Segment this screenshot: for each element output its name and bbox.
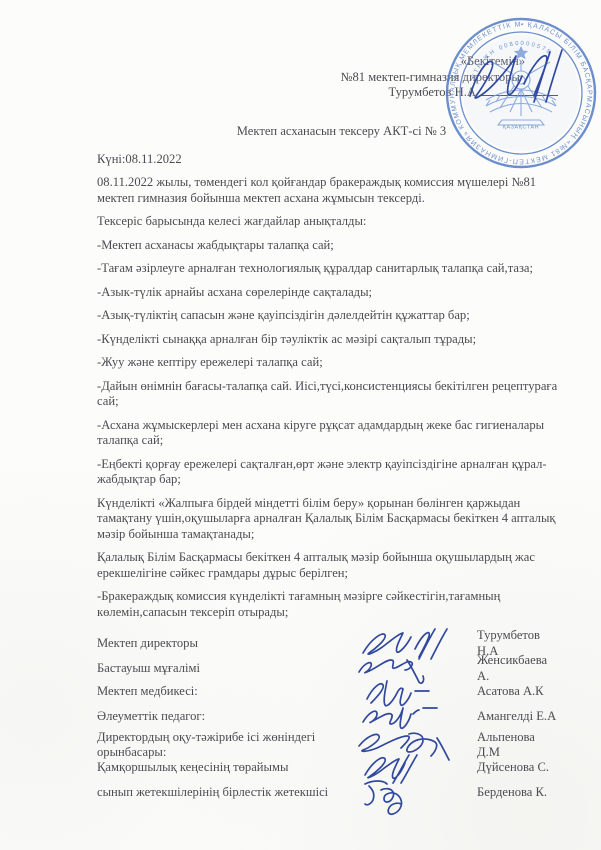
finding-item: -Тағам әзірлеуге арналған технологиялық … — [97, 261, 560, 277]
funding-paragraph: Күнделікті «Жалпыға бірдей міндетті білі… — [97, 496, 560, 543]
signatory-name: Амангелді Е.А — [475, 709, 560, 725]
finding-item: -Азық-түліктің сапасын және қауіпсіздігі… — [97, 308, 560, 324]
signatory-role: Мектеп медбикесі: — [97, 684, 349, 700]
signatory-role: Қамқоршылық кеңесінің төрайымы — [97, 760, 349, 776]
approval-name-line: Турумбетов Н.А — [300, 85, 558, 101]
approval-word: «Бекітемін» — [300, 54, 558, 70]
intro-paragraph: 08.11.2022 жылы, төмендегі кол қойғандар… — [97, 175, 560, 206]
document-body: Мектеп асханасын тексеру АКТ-сі № 3 Күні… — [97, 124, 560, 806]
date-line: Күні:08.11.2022 — [97, 152, 560, 168]
signatory-row: Мектеп директоры Турумбетов Н.А — [97, 628, 560, 653]
signatories-table: Мектеп директоры Турумбетов Н.А Бастауыш… — [97, 628, 560, 806]
signatory-row: Директордың оқу-тәжірибе ісі жөніндегі о… — [97, 730, 560, 755]
signatory-name: Альпенова Д.М — [475, 730, 560, 761]
findings-heading: Тексеріс барысында келесі жағдайлар анық… — [97, 214, 560, 230]
signatory-name: Берденова К. — [475, 785, 560, 801]
signatory-role: Мектеп директоры — [97, 636, 349, 652]
signatory-role: Директордың оқу-тәжірибе ісі жөніндегі о… — [97, 730, 349, 761]
finding-item: -Еңбекті қорғау ережелері сақталған,өрт … — [97, 457, 560, 488]
approval-block: «Бекітемін» №81 мектеп-гимназия директор… — [300, 54, 558, 101]
finding-item: -Азык-түлік арнайы асхана сөрелерінде са… — [97, 285, 560, 301]
signatory-role: сынып жетекшілерінің бірлестік жетекшісі — [97, 785, 349, 801]
director-name: Турумбетов Н.А — [389, 85, 477, 99]
signature-cell — [349, 704, 475, 729]
menu-paragraph: Қалалық Білім Басқармасы бекіткен 4 апта… — [97, 550, 560, 581]
signature-cell — [349, 780, 475, 805]
signature-underline — [480, 95, 558, 96]
signatory-role: Әлеуметтік педагог: — [97, 709, 349, 725]
signature-ink — [357, 776, 453, 816]
signatory-row: Әлеуметтік педагог: Амангелді Е.А — [97, 704, 560, 729]
document-title: Мектеп асханасын тексеру АКТ-сі № 3 — [97, 124, 560, 140]
signatory-name: Дүйсенова С. — [475, 760, 560, 776]
signatory-row: Бастауыш мұғалімі Женсикбаева А. — [97, 653, 560, 678]
finding-item: -Күнделікті сынаққа арналған бір тәулікт… — [97, 332, 560, 348]
finding-item: -Мектеп асханасы жабдықтары талапқа сай; — [97, 238, 560, 254]
finding-item: -Дайын өнімнін бағасы-талапқа сай. Иісі,… — [97, 379, 560, 410]
finding-item: -Жуу және кептіру ережелері талапқа сай; — [97, 355, 560, 371]
signatory-name: Женсикбаева А. — [475, 653, 560, 684]
scanned-document-page: «Бекітемін» №81 мектеп-гимназия директор… — [0, 0, 601, 850]
commission-paragraph: -Бракераждық комиссия күнделікті тағамны… — [97, 589, 560, 620]
signatory-role: Бастауыш мұғалімі — [97, 661, 349, 677]
approval-director-line: №81 мектеп-гимназия директоры — [300, 70, 558, 86]
finding-item: -Асхана жұмыскерлері мен асхана кіруге р… — [97, 418, 560, 449]
signatory-row: сынып жетекшілерінің бірлестік жетекшісі… — [97, 780, 560, 805]
signatory-name: Асатова А.К — [475, 684, 560, 700]
